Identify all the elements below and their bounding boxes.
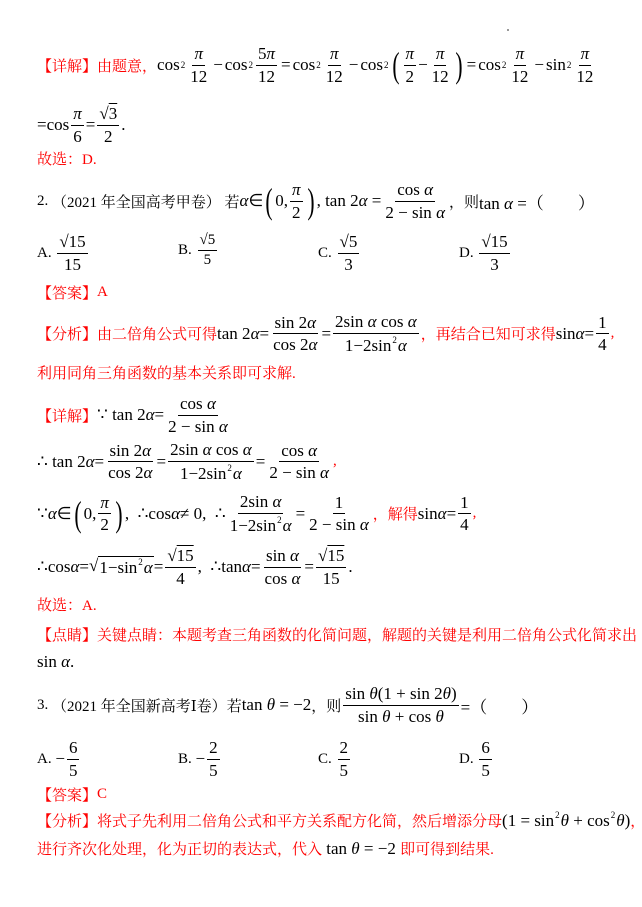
option-den: 3	[342, 254, 355, 275]
q2-option-a[interactable]: A. √1515	[37, 232, 90, 274]
q2-source: （2021 年全国高考甲卷）	[52, 191, 221, 212]
q3-condition: tan θ = −2	[242, 695, 312, 715]
option-label: A.	[37, 751, 52, 768]
q2-analysis-line2: 利用同角三角函数的基本关系即可求解.	[37, 362, 296, 383]
q2-answer: 【答案】 A	[37, 282, 108, 303]
detail-formula: ∵ tan 2α=cos α2 − sin α	[97, 394, 232, 436]
q2-stem: 2. （2021 年全国高考甲卷） 若 α∈(0,π2), tan 2α =co…	[37, 180, 595, 222]
option-num: √15	[57, 232, 87, 254]
analysis-label: 【分析】	[37, 323, 97, 344]
answer-value: C	[97, 786, 107, 803]
option-sign: −	[196, 749, 206, 769]
option-num: 2	[207, 738, 220, 760]
q2-detail-line1: 【详解】 ∵ tan 2α=cos α2 − sin α	[37, 394, 232, 436]
analysis-formula-2: sin α=14	[556, 313, 611, 355]
stray-mark	[507, 29, 509, 31]
analysis-text: 进行齐次化处理，化为正切的表达式，代入	[37, 838, 322, 859]
answer-value: A	[97, 284, 108, 301]
option-label: B.	[178, 242, 192, 259]
option-num: 6	[479, 738, 492, 760]
q3-number: 3.	[37, 697, 48, 714]
option-den: 3	[488, 254, 501, 275]
option-den: 5	[67, 760, 80, 781]
q3-option-a[interactable]: A. − 65	[37, 738, 81, 780]
analysis-text: 将式子先利用二倍角公式和平方关系配方化简，然后增添分母	[97, 810, 502, 831]
q1-detail-line: 【详解】 由题意， cos2π12−cos25π12=cos2π12−cos2(…	[37, 44, 597, 86]
option-den: 5	[207, 760, 220, 781]
q3-analysis-line2: 进行齐次化处理，化为正切的表达式，代入 tan θ = −2 即可得到结果.	[37, 838, 494, 859]
option-label: C.	[318, 751, 332, 768]
q3-stem-mid: ，则	[311, 695, 341, 716]
remark-label: 【点睛】	[37, 624, 97, 645]
q3-expression: sin θ(1 + sin 2θ)sin θ + cos θ=（ ）	[341, 684, 538, 726]
q3-option-b[interactable]: B. − 25	[178, 738, 222, 780]
q2-option-c[interactable]: C. √53	[318, 232, 361, 274]
remark-text: 关键点睛：本题考查三角函数的化简问题，解题的关键是利用二倍角公式化简求出	[97, 624, 637, 645]
q2-option-b[interactable]: B. √55	[178, 232, 219, 270]
q1-formula-step2: =cosπ6=√32.	[37, 104, 125, 146]
q1-formula-step1: cos2π12−cos25π12=cos2π12−cos2(π2−π12)=co…	[157, 44, 597, 86]
option-label: A.	[37, 245, 52, 262]
analysis-formula: tan 2α=sin 2αcos 2α=2sin α cos α1−2sin2α	[217, 312, 421, 355]
q2-analysis: 【分析】 由二倍角公式可得 tan 2α=sin 2αcos 2α=2sin α…	[37, 312, 614, 355]
analysis-text: 由二倍角公式可得	[97, 323, 217, 344]
analysis-formula: (1 = sin2θ + cos2θ)	[502, 810, 630, 831]
q3-stem-prefix: 若	[227, 695, 242, 716]
analysis-text: 即可得到结果.	[400, 838, 494, 859]
q2-detail-line2: ∴ tan 2α=sin 2αcos 2α=2sin α cos α1−2sin…	[37, 440, 337, 483]
detail-label: 【详解】	[37, 405, 97, 426]
option-num: √5	[198, 232, 218, 251]
q2-number: 2.	[37, 193, 48, 210]
detail-formula: ∵ α∈(0,π2), ∴cos α ≠ 0, ∴2sin α1−2sin2α=…	[37, 492, 373, 535]
analysis-text: ，	[630, 810, 642, 831]
answer-label: 【答案】	[37, 784, 97, 805]
option-label: C.	[318, 245, 332, 262]
q1-choose: 故选：D.	[37, 148, 97, 169]
answer-label: 【答案】	[37, 282, 97, 303]
option-den: 5	[338, 760, 351, 781]
option-den: 5	[202, 251, 214, 269]
q2-stem-prefix: 若	[225, 191, 240, 212]
q2-choose: 故选：A.	[37, 594, 97, 615]
option-den: 15	[62, 254, 83, 275]
option-label: D.	[459, 751, 474, 768]
option-label: B.	[178, 751, 192, 768]
q2-condition: α∈(0,π2), tan 2α =cos α2 − sin α	[240, 180, 449, 222]
detail-intro: 由题意，	[97, 55, 157, 76]
option-num: √15	[479, 232, 509, 254]
detail-formula: sin α=14	[418, 493, 473, 535]
q3-answer: 【答案】 C	[37, 784, 107, 805]
q3-option-d[interactable]: D. 65	[459, 738, 494, 780]
q2-detail-line4: ∴cos α=√1−sin2α=√154, ∴tan α=sin αcos α=…	[37, 546, 353, 588]
q3-stem: 3. （2021 年全国新高考Ⅰ卷） 若 tan θ = −2 ，则 sin θ…	[37, 684, 538, 726]
detail-formula: ∴ tan 2α=sin 2αcos 2α=2sin α cos α1−2sin…	[37, 440, 333, 483]
option-den: 5	[479, 760, 492, 781]
q3-analysis: 【分析】 将式子先利用二倍角公式和平方关系配方化简，然后增添分母 (1 = si…	[37, 810, 642, 831]
q2-remark-tail: sin α.	[37, 652, 74, 672]
detail-red-text: ，解得	[373, 503, 418, 524]
q3-option-c[interactable]: C. 25	[318, 738, 352, 780]
q2-option-d[interactable]: D. √153	[459, 232, 512, 274]
detail-formula: ∴cos α=√1−sin2α=√154, ∴tan α=sin αcos α=…	[37, 546, 353, 588]
analysis-formula: tan θ = −2	[322, 839, 400, 859]
option-label: D.	[459, 245, 474, 262]
q1-step2: =cosπ6=√32.	[37, 104, 125, 146]
q2-remark: 【点睛】 关键点睛：本题考查三角函数的化简问题，解题的关键是利用二倍角公式化简求…	[37, 624, 637, 645]
option-sign: −	[55, 749, 65, 769]
analysis-text: ，再结合已知可求得	[421, 323, 556, 344]
q3-source: （2021 年全国新高考Ⅰ卷）	[52, 695, 227, 716]
q2-ask: tan α =（ ）	[479, 189, 595, 214]
analysis-label: 【分析】	[37, 810, 97, 831]
option-num: 6	[67, 738, 80, 760]
option-num: 2	[338, 738, 351, 760]
option-num: √5	[338, 232, 360, 254]
q2-stem-suffix: ，则	[449, 191, 479, 212]
q2-detail-line3: ∵ α∈(0,π2), ∴cos α ≠ 0, ∴2sin α1−2sin2α=…	[37, 492, 476, 535]
detail-label: 【详解】	[37, 55, 97, 76]
